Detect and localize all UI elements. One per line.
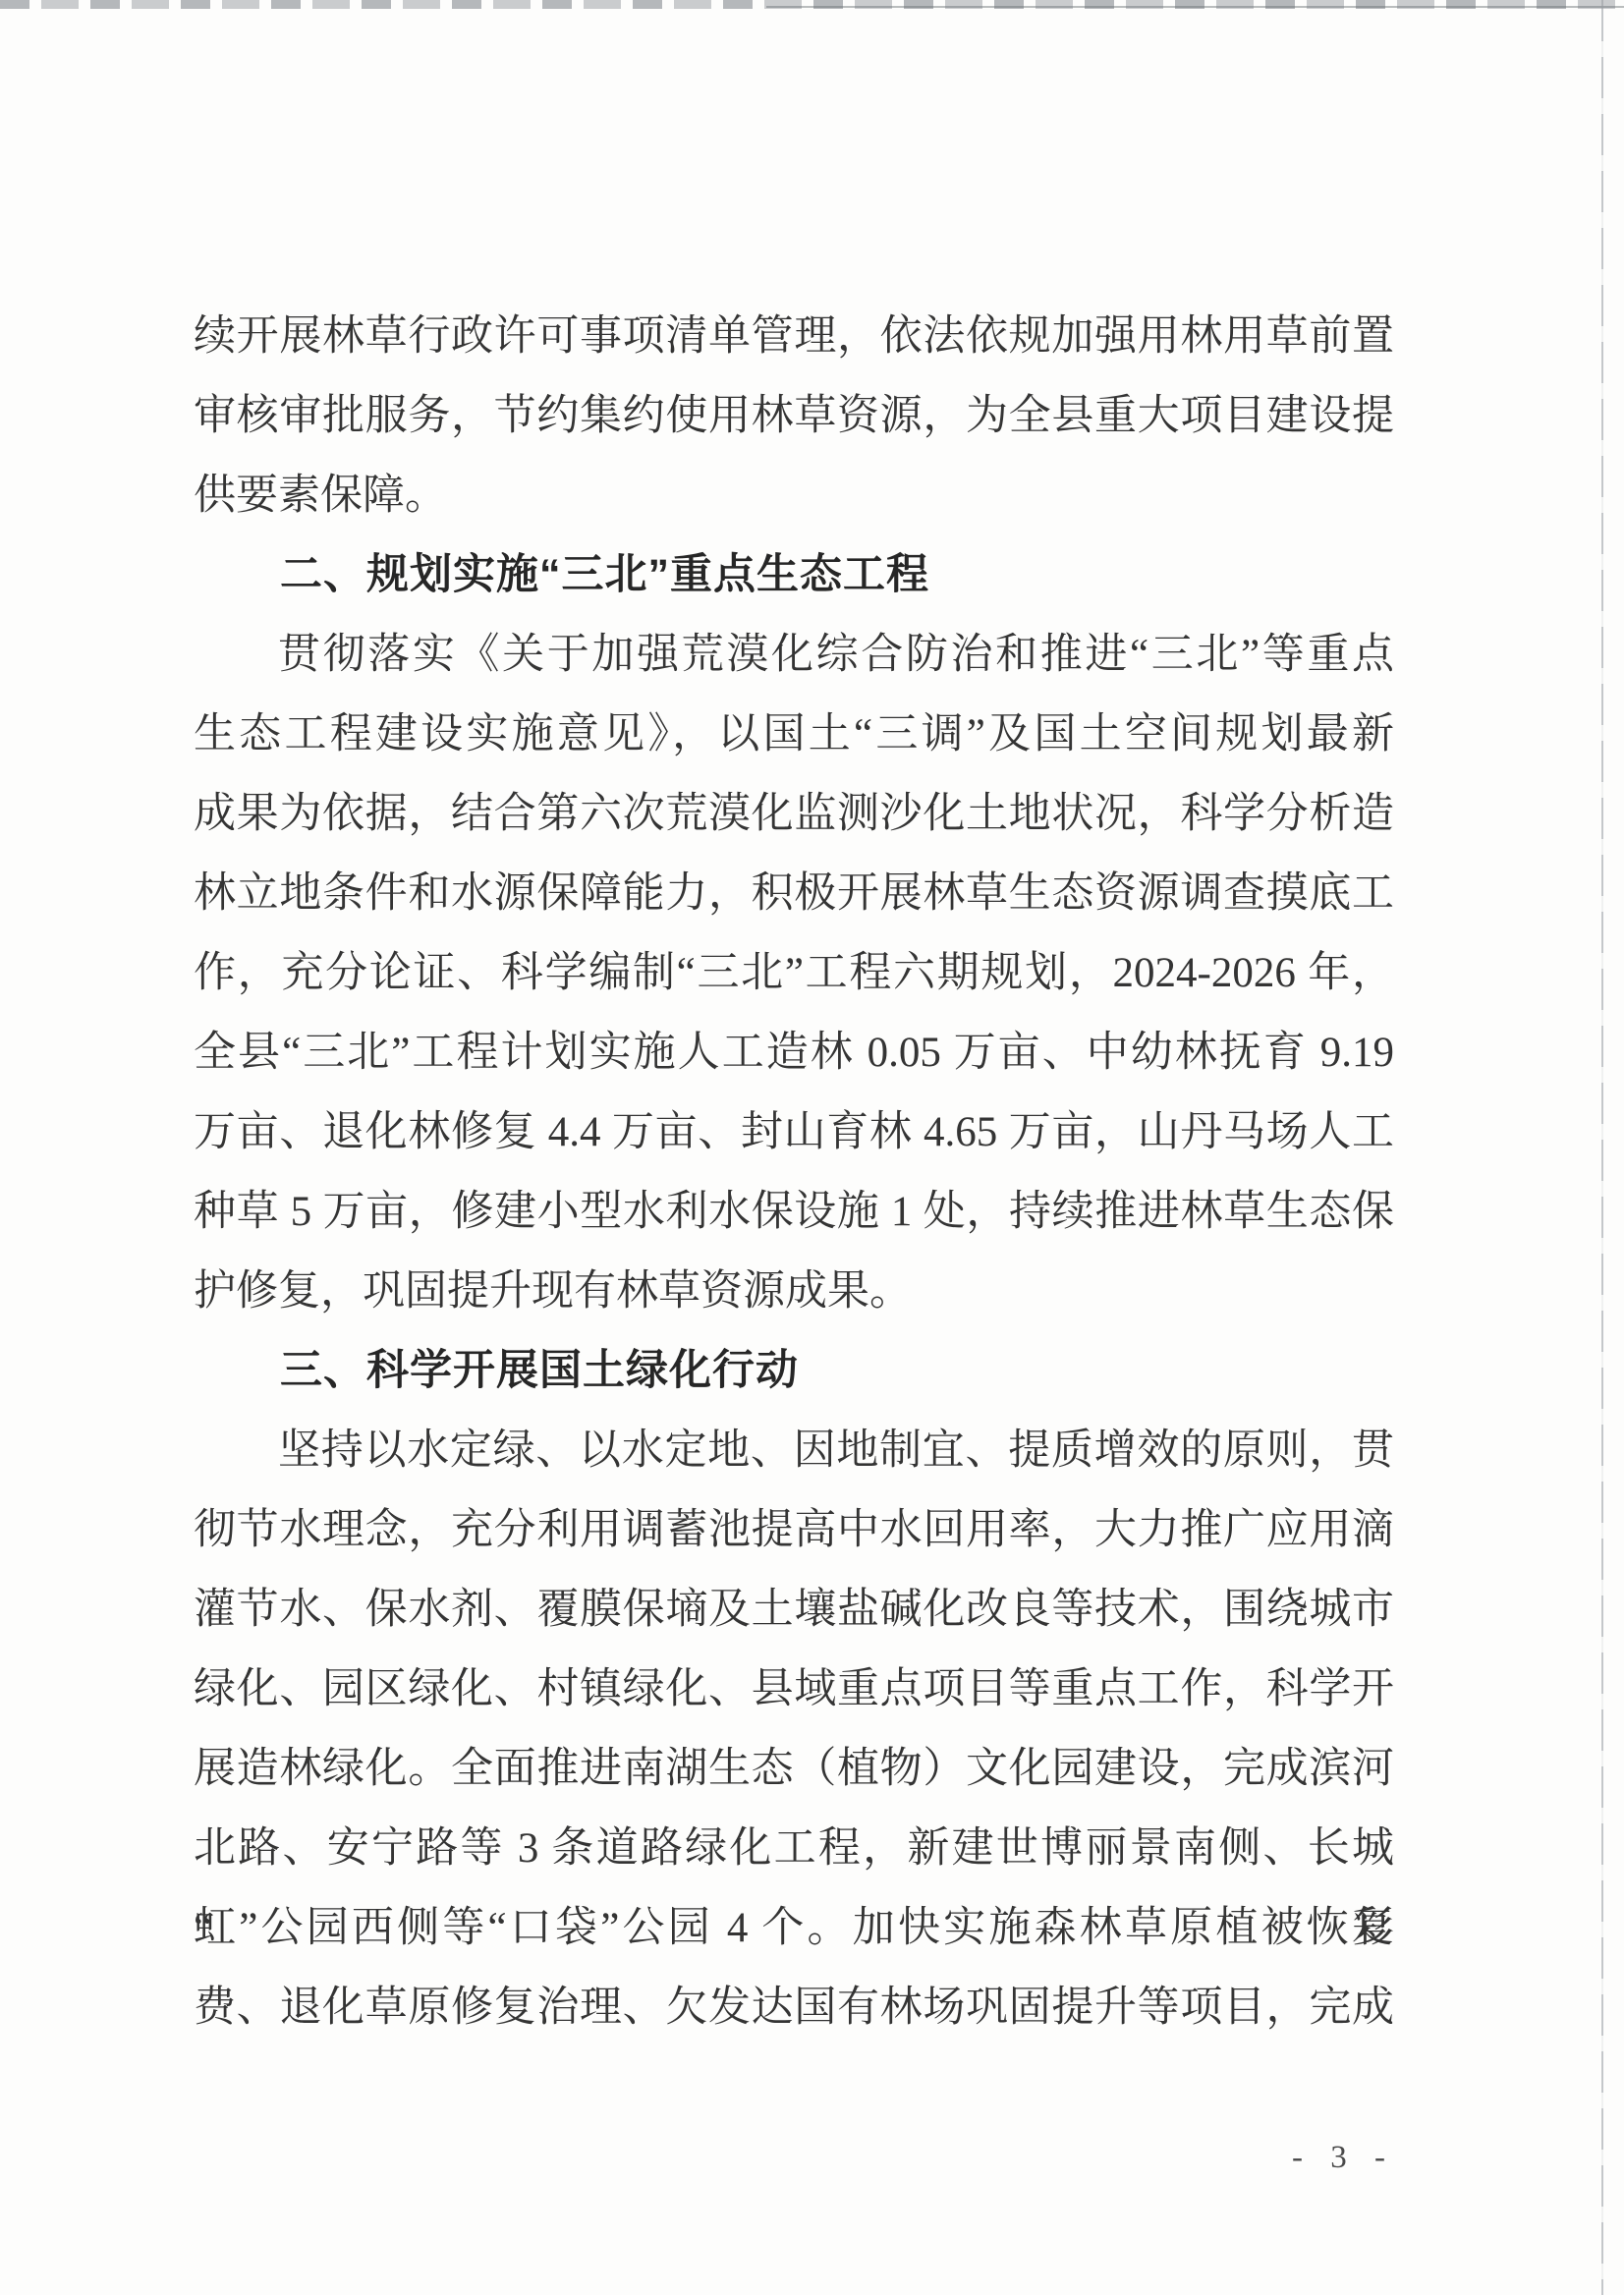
document-text-block: 续开展林草行政许可事项清单管理，依法依规加强用林用草前置审核审批服务，节约集约使… xyxy=(194,297,1394,2047)
document-line: 成果为依据，结合第六次荒漠化监测沙化土地状况，科学分析造 xyxy=(194,774,1394,854)
scan-artifact-top-line xyxy=(766,6,1624,8)
scanned-document-page: 续开展林草行政许可事项清单管理，依法依规加强用林用草前置审核审批服务，节约集约使… xyxy=(0,0,1624,2295)
document-line: 审核审批服务，节约集约使用林草资源，为全县重大项目建设提 xyxy=(194,376,1394,456)
document-line: 贯彻落实《关于加强荒漠化综合防治和推进“三北”等重点 xyxy=(194,615,1394,695)
document-line: 万亩、退化林修复 4.4 万亩、封山育林 4.65 万亩，山丹马场人工 xyxy=(194,1092,1394,1172)
document-line: 种草 5 万亩，修建小型水利水保设施 1 处，持续推进林草生态保 xyxy=(194,1172,1394,1252)
section-heading: 三、科学开展国土绿化行动 xyxy=(194,1331,1394,1411)
document-line: 北路、安宁路等 3 条道路绿化工程，新建世博丽景南侧、长城“彩 xyxy=(194,1809,1394,1888)
document-line: 展造林绿化。全面推进南湖生态（植物）文化园建设，完成滨河 xyxy=(194,1729,1394,1809)
document-line: 生态工程建设实施意见》，以国土“三调”及国土空间规划最新 xyxy=(194,695,1394,774)
document-line: 续开展林草行政许可事项清单管理，依法依规加强用林用草前置 xyxy=(194,297,1394,376)
document-line: 坚持以水定绿、以水定地、因地制宜、提质增效的原则，贯 xyxy=(194,1411,1394,1490)
document-line: 绿化、园区绿化、村镇绿化、县域重点项目等重点工作，科学开 xyxy=(194,1650,1394,1729)
section-heading: 二、规划实施“三北”重点生态工程 xyxy=(194,535,1394,615)
document-line: 护修复，巩固提升现有林草资源成果。 xyxy=(194,1252,1394,1331)
document-line: 作，充分论证、科学编制“三北”工程六期规划，2024-2026 年， xyxy=(194,933,1394,1013)
document-line: 灌节水、保水剂、覆膜保墒及土壤盐碱化改良等技术，围绕城市 xyxy=(194,1570,1394,1650)
page-number: - 3 - xyxy=(1292,2140,1395,2176)
document-line: 虹”公园西侧等“口袋”公园 4 个。加快实施森林草原植被恢复 xyxy=(194,1888,1394,1968)
document-line: 全县“三北”工程计划实施人工造林 0.05 万亩、中幼林抚育 9.19 xyxy=(194,1013,1394,1092)
scan-artifact-right-edge-line xyxy=(1601,0,1603,2295)
document-line: 供要素保障。 xyxy=(194,456,1394,535)
document-line: 彻节水理念，充分利用调蓄池提高中水回用率，大力推广应用滴 xyxy=(194,1490,1394,1570)
document-line: 费、退化草原修复治理、欠发达国有林场巩固提升等项目，完成 xyxy=(194,1968,1394,2047)
document-line: 林立地条件和水源保障能力，积极开展林草生态资源调查摸底工 xyxy=(194,854,1394,933)
